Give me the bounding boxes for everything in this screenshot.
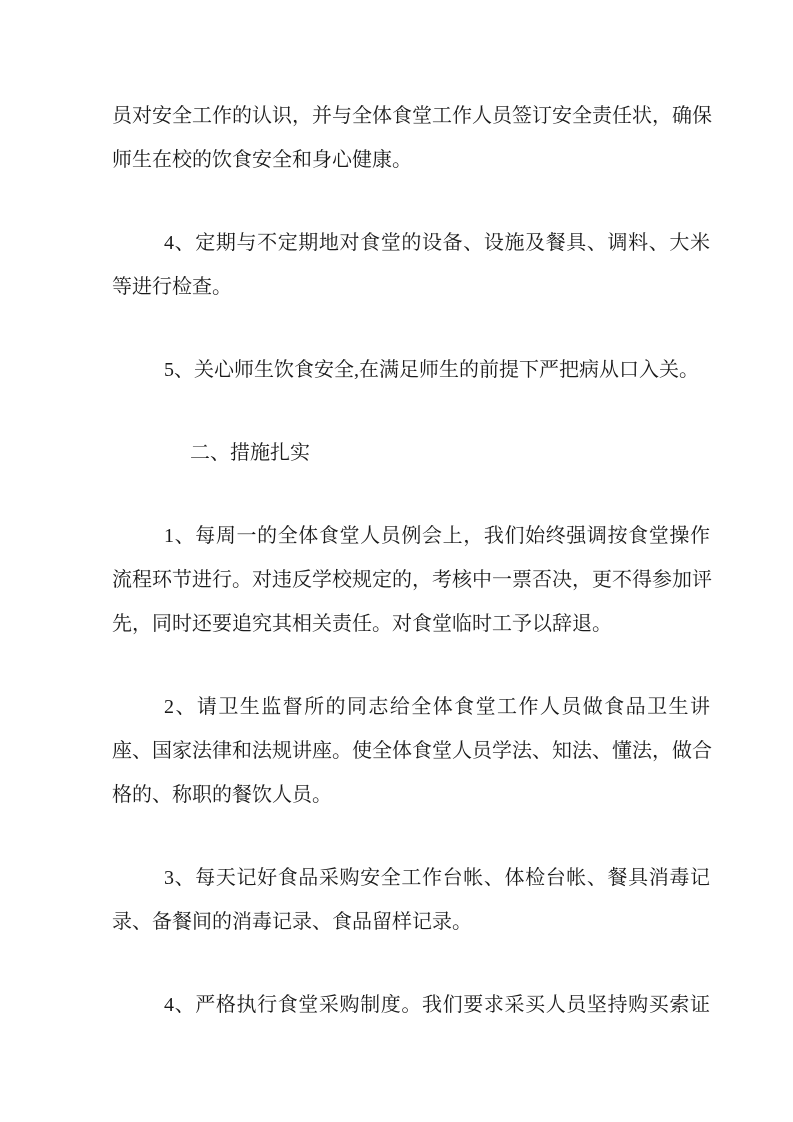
text-line: 二、措施扎实	[112, 431, 710, 475]
text-line: 格的、称职的餐饮人员。	[112, 773, 710, 817]
text-line: 5、关心师生饮食安全,在满足师生的前提下严把病从口入关。	[112, 348, 710, 392]
document-page: 员对安全工作的认识，并与全体食堂工作人员签订安全责任状，确保师生在校的饮食安全和…	[0, 0, 793, 1122]
text-line: 3、每天记好食品采购安全工作台帐、体检台帐、餐具消毒记	[112, 856, 710, 900]
paragraph: 员对安全工作的认识，并与全体食堂工作人员签订安全责任状，确保师生在校的饮食安全和…	[112, 94, 710, 182]
paragraph: 1、每周一的全体食堂人员例会上，我们始终强调按食堂操作流程环节进行。对违反学校规…	[112, 514, 710, 646]
paragraph: 3、每天记好食品采购安全工作台帐、体检台帐、餐具消毒记录、备餐间的消毒记录、食品…	[112, 856, 710, 944]
text-line: 师生在校的饮食安全和身心健康。	[112, 138, 710, 182]
text-line: 座、国家法律和法规讲座。使全体食堂人员学法、知法、懂法，做合	[112, 729, 710, 773]
paragraph: 2、请卫生监督所的同志给全体食堂工作人员做食品卫生讲座、国家法律和法规讲座。使全…	[112, 685, 710, 817]
text-line: 员对安全工作的认识，并与全体食堂工作人员签订安全责任状，确保	[112, 94, 710, 138]
text-line: 4、严格执行食堂采购制度。我们要求采买人员坚持购买索证	[112, 983, 710, 1027]
text-line: 4、定期与不定期地对食堂的设备、设施及餐具、调料、大米	[112, 221, 710, 265]
text-line: 录、备餐间的消毒记录、食品留样记录。	[112, 900, 710, 944]
text-line: 先，同时还要追究其相关责任。对食堂临时工予以辞退。	[112, 602, 710, 646]
section-heading: 二、措施扎实	[112, 431, 710, 475]
text-line: 2、请卫生监督所的同志给全体食堂工作人员做食品卫生讲	[112, 685, 710, 729]
paragraph: 4、定期与不定期地对食堂的设备、设施及餐具、调料、大米等进行检查。	[112, 221, 710, 309]
paragraph: 5、关心师生饮食安全,在满足师生的前提下严把病从口入关。	[112, 348, 710, 392]
text-line: 流程环节进行。对违反学校规定的，考核中一票否决，更不得参加评	[112, 558, 710, 602]
paragraph: 4、严格执行食堂采购制度。我们要求采买人员坚持购买索证	[112, 983, 710, 1027]
text-line: 等进行检查。	[112, 265, 710, 309]
document-content: 员对安全工作的认识，并与全体食堂工作人员签订安全责任状，确保师生在校的饮食安全和…	[0, 0, 793, 1027]
text-line: 1、每周一的全体食堂人员例会上，我们始终强调按食堂操作	[112, 514, 710, 558]
